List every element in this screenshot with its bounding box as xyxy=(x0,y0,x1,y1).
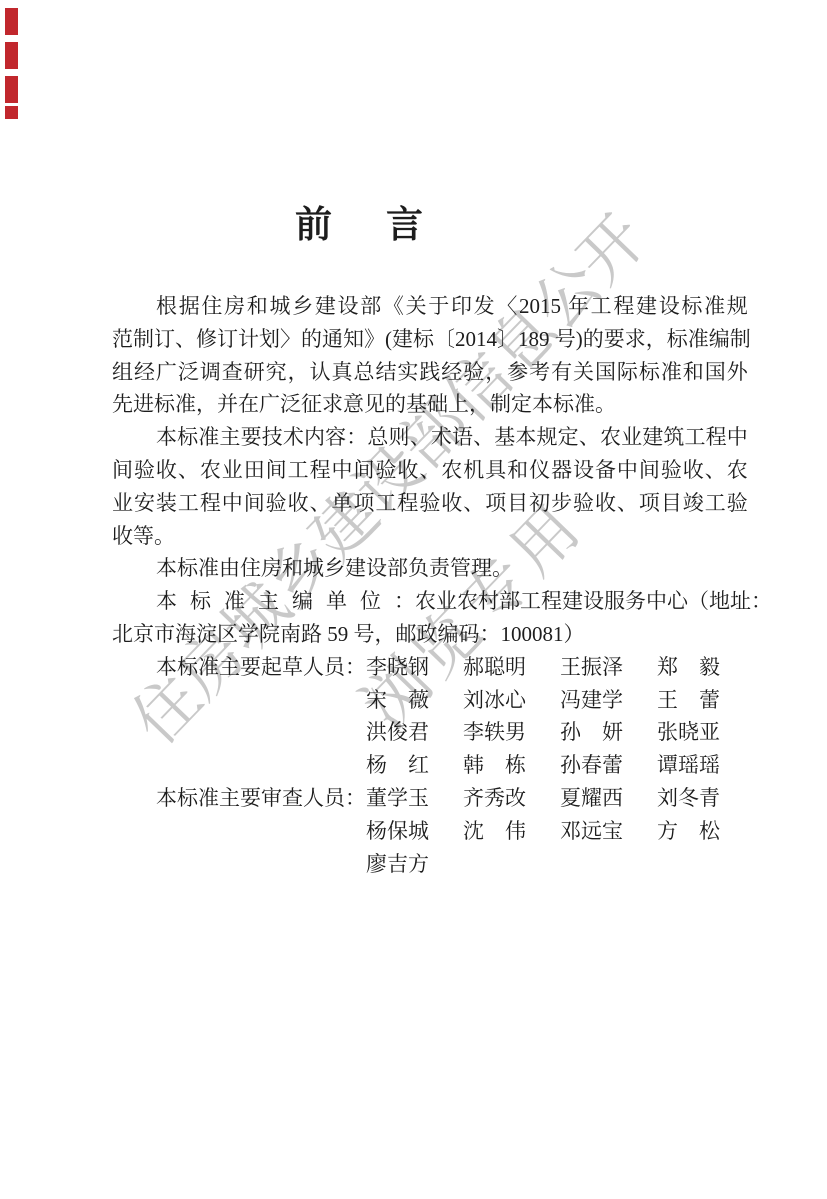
person-name: 董学玉 xyxy=(366,782,429,815)
body-line: 收等。 xyxy=(112,520,748,553)
body-line: 业安装工程中间验收、单项工程验收、项目初步验收、项目竣工验 xyxy=(112,487,748,520)
drafters-row: 宋 薇刘冰心冯建学王 蕾 xyxy=(112,684,748,717)
corner-mark xyxy=(5,42,18,69)
person-name: 李轶男 xyxy=(463,716,526,749)
person-name: 李晓钢 xyxy=(366,651,429,684)
person-name: 郝聪明 xyxy=(463,651,526,684)
person-name: 沈 伟 xyxy=(463,815,526,848)
person-name: 张晓亚 xyxy=(657,716,720,749)
person-name: 邓远宝 xyxy=(560,815,623,848)
person-name: 夏耀西 xyxy=(560,782,623,815)
person-name: 王振泽 xyxy=(560,651,623,684)
preface-body: 根据住房和城乡建设部《关于印发〈2015 年工程建设标准规 范制订、修订计划〉的… xyxy=(112,290,748,880)
reviewers-row: 廖吉方 xyxy=(112,848,748,881)
body-line: 根据住房和城乡建设部《关于印发〈2015 年工程建设标准规 xyxy=(112,290,748,323)
corner-mark xyxy=(5,76,18,103)
body-line: 范制订、修订计划〉的通知》(建标〔2014〕189 号)的要求，标准编制 xyxy=(112,323,748,356)
person-name: 谭瑶瑶 xyxy=(657,749,720,782)
body-line: 本标准主要技术内容：总则、术语、基本规定、农业建筑工程中 xyxy=(112,421,748,454)
chief-editor-value: ：农业农村部工程建设服务中心（地址： xyxy=(394,589,772,613)
person-name: 方 松 xyxy=(657,815,720,848)
reviewers-row: 杨保城沈 伟邓远宝方 松 xyxy=(112,815,748,848)
person-name: 杨保城 xyxy=(366,815,429,848)
body-line: 组经广泛调查研究，认真总结实践经验，参考有关国际标准和国外 xyxy=(112,356,748,389)
drafters-row: 杨 红韩 栋孙春蕾谭瑶瑶 xyxy=(112,749,748,782)
person-name: 杨 红 xyxy=(366,749,429,782)
chief-editor-label: 本标准主编单位 xyxy=(156,589,394,613)
person-name: 韩 栋 xyxy=(463,749,526,782)
chief-editor-line: 本标准主编单位：农业农村部工程建设服务中心（地址： xyxy=(112,585,748,618)
person-name: 刘冰心 xyxy=(463,684,526,717)
reviewers-row: 本标准主要审查人员：董学玉齐秀改夏耀西刘冬青 xyxy=(112,782,748,815)
corner-mark xyxy=(5,106,18,119)
document-page: 住房城乡建设部信息公开 浏览专用 前言 根据住房和城乡建设部《关于印发〈2015… xyxy=(0,0,827,1199)
address-line: 北京市海淀区学院南路 59 号，邮政编码：100081） xyxy=(112,618,748,651)
person-name: 冯建学 xyxy=(560,684,623,717)
page-title: 前言 xyxy=(0,194,718,248)
person-name: 宋 薇 xyxy=(366,684,429,717)
person-name: 刘冬青 xyxy=(657,782,720,815)
person-name: 廖吉方 xyxy=(366,848,429,881)
body-line: 先进标准，并在广泛征求意见的基础上，制定本标准。 xyxy=(112,388,748,421)
person-name: 齐秀改 xyxy=(463,782,526,815)
drafters-row: 本标准主要起草人员：李晓钢郝聪明王振泽郑 毅 xyxy=(112,651,748,684)
body-line: 本标准由住房和城乡建设部负责管理。 xyxy=(112,552,748,585)
drafters-row: 洪俊君李轶男孙 妍张晓亚 xyxy=(112,716,748,749)
person-name: 孙 妍 xyxy=(560,716,623,749)
person-name: 郑 毅 xyxy=(657,651,720,684)
body-line: 间验收、农业田间工程中间验收、农机具和仪器设备中间验收、农 xyxy=(112,454,748,487)
person-name: 洪俊君 xyxy=(366,716,429,749)
person-name: 孙春蕾 xyxy=(560,749,623,782)
corner-mark xyxy=(5,8,18,35)
reviewers-label: 本标准主要审查人员： xyxy=(156,782,366,815)
title-char-1: 前 xyxy=(295,205,332,246)
title-char-2: 言 xyxy=(386,205,423,246)
person-name: 王 蕾 xyxy=(657,684,720,717)
drafters-label: 本标准主要起草人员： xyxy=(156,651,366,684)
